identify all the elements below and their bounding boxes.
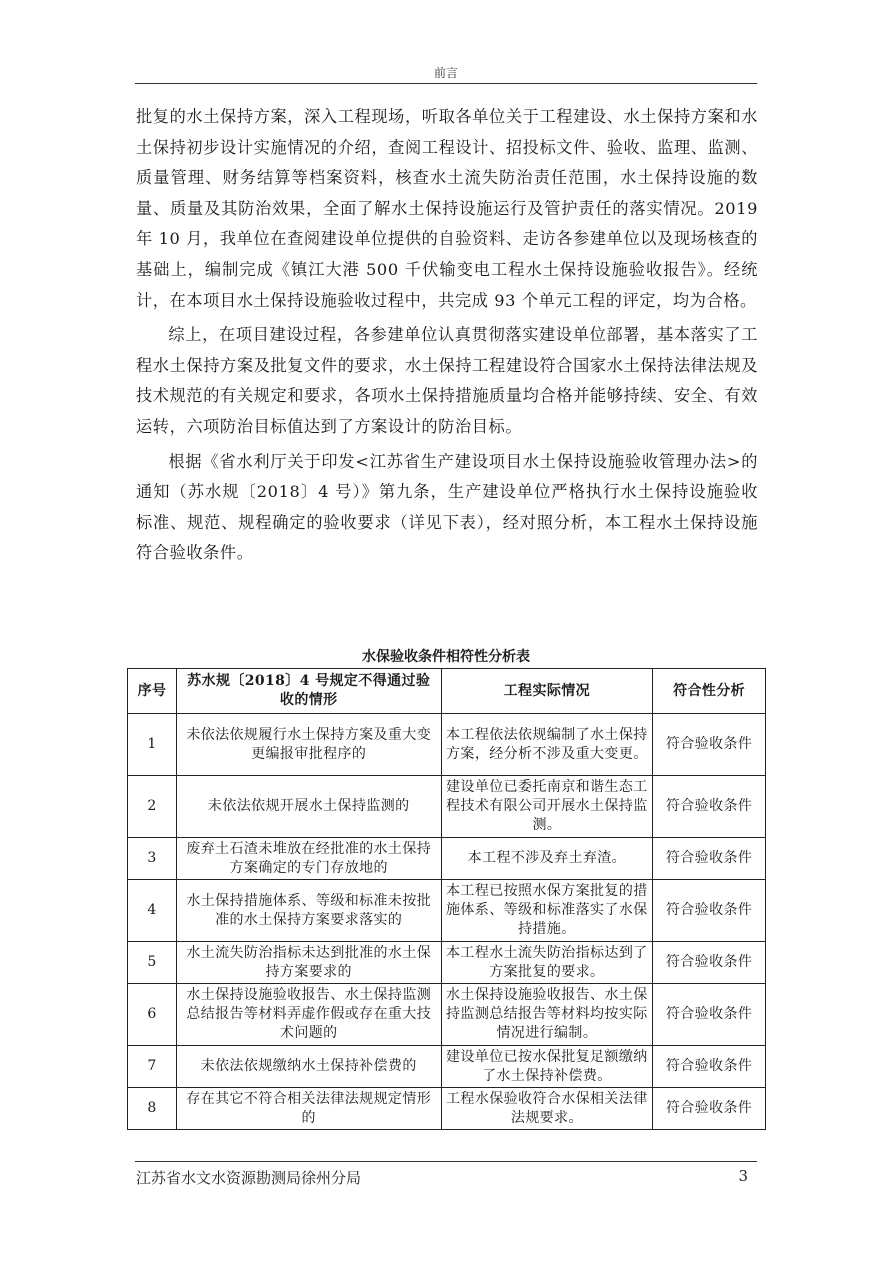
row-number: 5	[128, 942, 177, 984]
paragraph-1: 批复的水土保持方案，深入工程现场，听取各单位关于工程建设、水土保持方案和水土保持…	[136, 102, 758, 316]
row-condition: 未依法依规开展水土保持监测的	[176, 776, 441, 838]
body-text: 批复的水土保持方案，深入工程现场，听取各单位关于工程建设、水土保持方案和水土保持…	[136, 102, 758, 573]
row-number: 1	[128, 714, 177, 776]
row-condition: 水土保持措施体系、等级和标准未按批准的水土保持方案要求落实的	[176, 880, 441, 942]
row-condition: 存在其它不符合相关法律法规规定情形的	[176, 1088, 441, 1130]
row-condition: 废弃土石渣未堆放在经批准的水土保持方案确定的专门存放地的	[176, 838, 441, 880]
row-number: 8	[128, 1088, 177, 1130]
table-row: 2未依法依规开展水土保持监测的建设单位已委托南京和谐生态工程技术有限公司开展水土…	[128, 776, 766, 838]
row-actual: 本工程不涉及弃土弃渣。	[441, 838, 653, 880]
header-result: 符合性分析	[653, 669, 766, 714]
footer-divider	[135, 1161, 757, 1162]
row-result: 符合验收条件	[653, 838, 766, 880]
table-row: 8存在其它不符合相关法律法规规定情形的工程水保验收符合水保相关法律法规要求。符合…	[128, 1088, 766, 1130]
header-no: 序号	[128, 669, 177, 714]
page-header-title: 前言	[0, 64, 892, 81]
row-number: 6	[128, 984, 177, 1046]
row-actual: 建设单位已按水保批复足额缴纳了水土保持补偿费。	[441, 1046, 653, 1088]
row-result: 符合验收条件	[653, 1088, 766, 1130]
row-number: 3	[128, 838, 177, 880]
row-actual: 建设单位已委托南京和谐生态工程技术有限公司开展水土保持监测。	[441, 776, 653, 838]
table-row: 1未依法依规履行水土保持方案及重大变更编报审批程序的本工程依法依规编制了水土保持…	[128, 714, 766, 776]
table-row: 4水土保持措施体系、等级和标准未按批准的水土保持方案要求落实的本工程已按照水保方…	[128, 880, 766, 942]
row-result: 符合验收条件	[653, 776, 766, 838]
row-actual: 本工程依法依规编制了水土保持方案，经分析不涉及重大变更。	[441, 714, 653, 776]
row-actual: 本工程已按照水保方案批复的措施体系、等级和标准落实了水保持措施。	[441, 880, 653, 942]
footer-organization: 江苏省水文水资源勘测局徐州分局	[136, 1167, 361, 1188]
row-actual: 本工程水土流失防治指标达到了方案批复的要求。	[441, 942, 653, 984]
row-result: 符合验收条件	[653, 714, 766, 776]
header-actual: 工程实际情况	[441, 669, 653, 714]
row-number: 4	[128, 880, 177, 942]
row-condition: 水土流失防治指标未达到批准的水土保持方案要求的	[176, 942, 441, 984]
table-row: 3废弃土石渣未堆放在经批准的水土保持方案确定的专门存放地的本工程不涉及弃土弃渣。…	[128, 838, 766, 880]
row-actual: 工程水保验收符合水保相关法律法规要求。	[441, 1088, 653, 1130]
row-number: 2	[128, 776, 177, 838]
row-condition: 未依法依规缴纳水土保持补偿费的	[176, 1046, 441, 1088]
row-result: 符合验收条件	[653, 880, 766, 942]
compliance-analysis-table: 序号 苏水规〔2018〕4 号规定不得通过验收的情形 工程实际情况 符合性分析 …	[127, 668, 766, 1130]
header-condition: 苏水规〔2018〕4 号规定不得通过验收的情形	[176, 669, 441, 714]
row-result: 符合验收条件	[653, 1046, 766, 1088]
paragraph-3: 根据《省水利厅关于印发<江苏省生产建设项目水土保持设施验收管理办法>的通知（苏水…	[136, 447, 758, 569]
row-condition: 水土保持设施验收报告、水土保持监测总结报告等材料弄虚作假或存在重大技术问题的	[176, 984, 441, 1046]
row-result: 符合验收条件	[653, 942, 766, 984]
row-result: 符合验收条件	[653, 984, 766, 1046]
header-divider	[135, 83, 757, 84]
table-title: 水保验收条件相符性分析表	[0, 646, 892, 666]
table-row: 7未依法依规缴纳水土保持补偿费的建设单位已按水保批复足额缴纳了水土保持补偿费。符…	[128, 1046, 766, 1088]
page-number: 3	[738, 1167, 748, 1185]
paragraph-2: 综上，在项目建设过程，各参建单位认真贯彻落实建设单位部署，基本落实了工程水土保持…	[136, 320, 758, 442]
row-actual: 水土保持设施验收报告、水土保持监测总结报告等材料均按实际情况进行编制。	[441, 984, 653, 1046]
row-condition: 未依法依规履行水土保持方案及重大变更编报审批程序的	[176, 714, 441, 776]
table-header-row: 序号 苏水规〔2018〕4 号规定不得通过验收的情形 工程实际情况 符合性分析	[128, 669, 766, 714]
table-row: 6水土保持设施验收报告、水土保持监测总结报告等材料弄虚作假或存在重大技术问题的水…	[128, 984, 766, 1046]
table-row: 5水土流失防治指标未达到批准的水土保持方案要求的本工程水土流失防治指标达到了方案…	[128, 942, 766, 984]
row-number: 7	[128, 1046, 177, 1088]
